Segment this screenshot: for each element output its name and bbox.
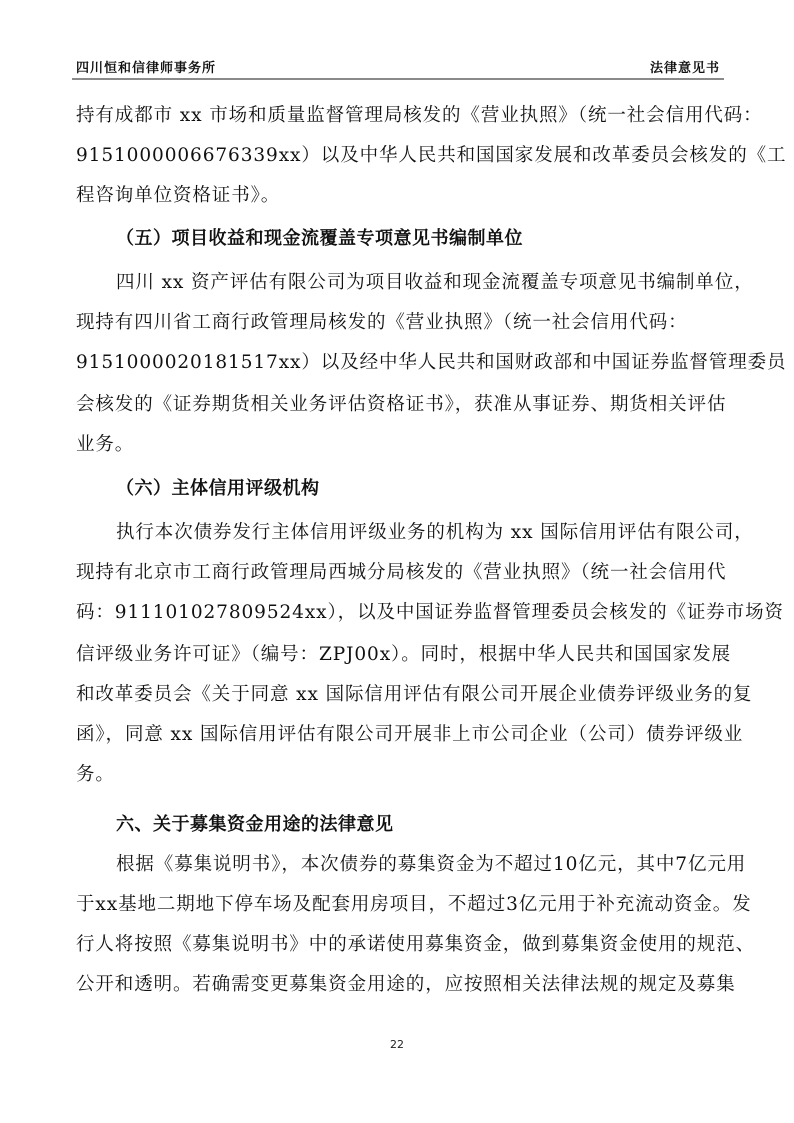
- body-line: 程咨询单位资格证书》。: [76, 186, 280, 206]
- section-heading-6: （六）主体信用评级机构: [116, 479, 320, 499]
- body-line: 公开和透明。若确需变更募集资金用途的，应按照相关法律法规的规定及募集: [76, 975, 736, 995]
- body-line: 执行本次债券发行主体信用评级业务的机构为 xx 国际信用评估有限公司，: [116, 523, 754, 543]
- body-line: 和改革委员会《关于同意 xx 国际信用评估有限公司开展企业债券评级业务的复: [76, 685, 752, 705]
- body-line: 行人将按照《募集说明书》中的承诺使用募集资金，做到募集资金使用的规范、: [76, 935, 755, 955]
- body-line: 现持有四川省工商行政管理局核发的《营业执照》（统一社会信用代码：: [76, 313, 688, 333]
- body-line: 持有成都市 xx 市场和质量监督管理局核发的《营业执照》（统一社会信用代码：: [76, 106, 763, 126]
- chapter-heading-fundraising-use: 六、关于募集资金用途的法律意见: [116, 815, 394, 835]
- body-line: 四川 xx 资产评估有限公司为项目收益和现金流覆盖专项意见书编制单位，: [116, 273, 754, 293]
- law-firm-name: 四川恒和信律师事务所: [76, 57, 216, 76]
- body-line: 现持有北京市工商行政管理局西城分局核发的《营业执照》（统一社会信用代: [76, 563, 726, 583]
- page-header: 四川恒和信律师事务所 法律意见书: [72, 56, 724, 80]
- body-line: 信评级业务许可证》（编号：ZPJ00x）。同时，根据中华人民共和国国家发展: [76, 645, 731, 665]
- body-line: 码：911101027809524xx），以及中国证券监督管理委员会核发的《证券…: [76, 603, 784, 623]
- body-line: 务。: [76, 765, 115, 785]
- page-number: 22: [0, 1038, 794, 1051]
- body-line: 9151000006676339xx）以及中华人民共和国国家发展和改革委员会核发…: [76, 146, 786, 166]
- body-line: 于xx基地二期地下停车场及配套用房项目，不超过3亿元用于补充流动资金。发: [76, 895, 752, 915]
- document-type: 法律意见书: [650, 57, 720, 76]
- body-line: 业务。: [76, 435, 134, 455]
- section-heading-5: （五）项目收益和现金流覆盖专项意见书编制单位: [116, 229, 523, 249]
- body-line: 会核发的《证券期货相关业务评估资格证书》，获准从事证券、期货相关评估: [76, 395, 726, 415]
- body-line: 9151000020181517xx）以及经中华人民共和国财政部和中国证券监督管…: [76, 353, 786, 373]
- body-line: 函》，同意 xx 国际信用评估有限公司开展非上市公司企业（公司）债券评级业: [76, 725, 743, 745]
- body-line: 根据《募集说明书》，本次债券的募集资金为不超过10亿元，其中7亿元用: [116, 855, 746, 875]
